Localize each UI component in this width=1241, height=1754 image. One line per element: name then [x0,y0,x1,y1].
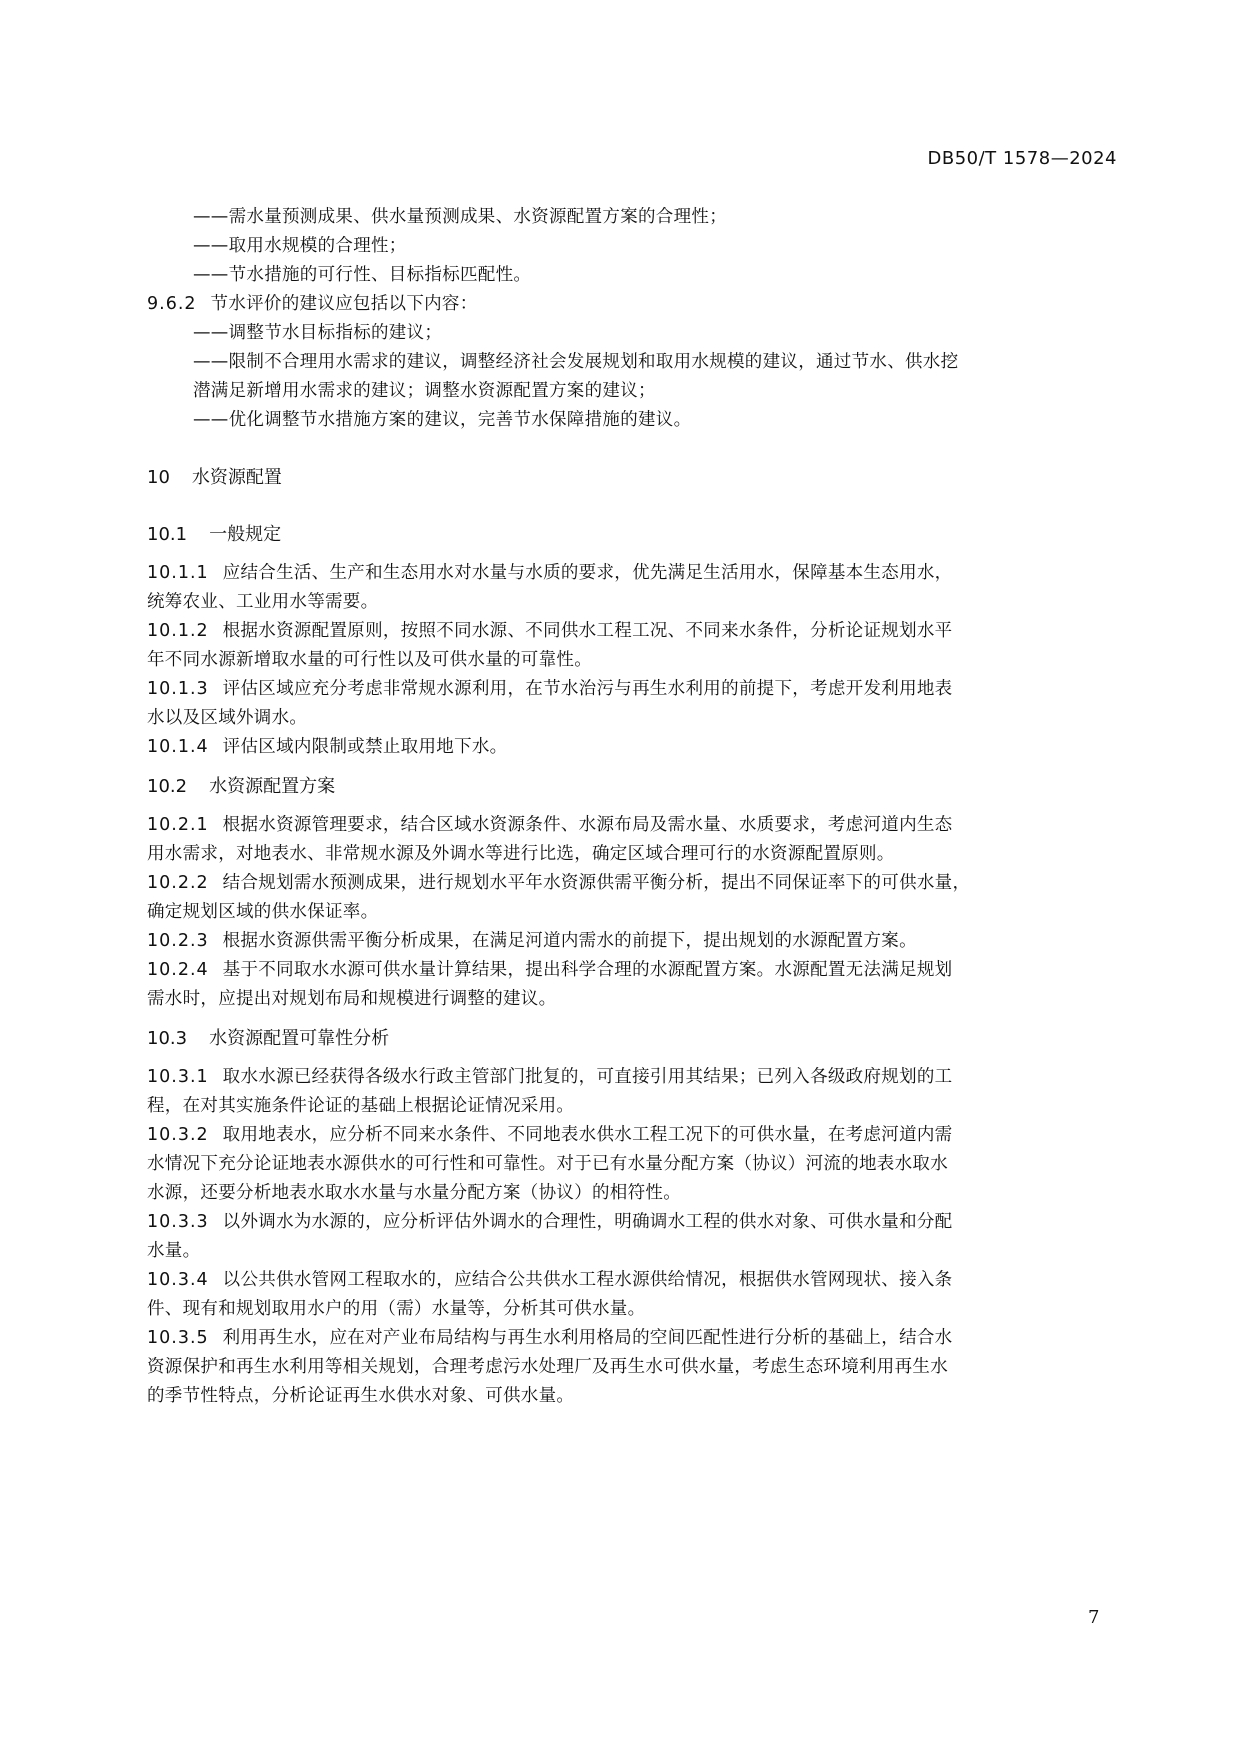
section-title: 水资源配置可靠性分析 [209,1028,389,1049]
document-id-header: DB50/T 1578—2024 [927,148,1117,169]
list-item: ——节水措施的可行性、目标指标匹配性。 [147,261,1119,290]
clause-continuation: 年不同水源新增取水量的可行性以及可供水量的可靠性。 [147,646,1119,675]
section-number: 10.3 [147,1024,187,1053]
clause-9-6-2: 9.6.2节水评价的建议应包括以下内容： [147,290,1119,319]
clause-number: 10.1.3 [147,675,209,704]
clause-text: 利用再生水，应在对产业布局结构与再生水利用格局的空间匹配性进行分析的基础上，结合… [223,1328,953,1348]
clause-continuation: 水源，还要分析地表水取水水量与水量分配方案（协议）的相符性。 [147,1179,1119,1208]
clause: 10.2.1根据水资源管理要求，结合区域水资源条件、水源布局及需水量、水质要求，… [147,811,1119,840]
clause: 10.1.4评估区域内限制或禁止取用地下水。 [147,733,1119,762]
clause-number: 10.3.3 [147,1208,209,1237]
clause-continuation: 水以及区域外调水。 [147,704,1119,733]
clause-text: 评估区域内限制或禁止取用地下水。 [223,737,508,757]
clause: 10.3.3以外调水为水源的，应分析评估外调水的合理性，明确调水工程的供水对象、… [147,1208,1119,1237]
clause-continuation: 用水需求，对地表水、非常规水源及外调水等进行比选，确定区域合理可行的水资源配置原… [147,840,1119,869]
clause-continuation: 确定规划区域的供水保证率。 [147,898,1119,927]
clause-text: 取水水源已经获得各级水行政主管部门批复的，可直接引用其结果；已列入各级政府规划的… [223,1067,953,1087]
clause-text: 以外调水为水源的，应分析评估外调水的合理性，明确调水工程的供水对象、可供水量和分… [223,1212,953,1232]
document-body: ——需水量预测成果、供水量预测成果、水资源配置方案的合理性； ——取用水规模的合… [147,203,1119,1411]
clause-continuation: 件、现有和规划取用水户的用（需）水量等，分析其可供水量。 [147,1295,1119,1324]
clause-text: 评估区域应充分考虑非常规水源利用，在节水治污与再生水利用的前提下，考虑开发利用地… [223,679,953,699]
clause: 10.3.4以公共供水管网工程取水的，应结合公共供水工程水源供给情况，根据供水管… [147,1266,1119,1295]
clause: 10.2.3根据水资源供需平衡分析成果，在满足河道内需水的前提下，提出规划的水源… [147,927,1119,956]
chapter-title: 水资源配置 [192,467,282,488]
list-item: ——需水量预测成果、供水量预测成果、水资源配置方案的合理性； [147,203,1119,232]
section-heading: 10.3水资源配置可靠性分析 [147,1024,1119,1053]
clause: 10.3.5利用再生水，应在对产业布局结构与再生水利用格局的空间匹配性进行分析的… [147,1324,1119,1353]
clause-text: 基于不同取水水源可供水量计算结果，提出科学合理的水源配置方案。水源配置无法满足规… [223,960,953,980]
clause-continuation: 需水时，应提出对规划布局和规模进行调整的建议。 [147,985,1119,1014]
clause-continuation: 水量。 [147,1237,1119,1266]
clause-number: 10.3.4 [147,1266,209,1295]
clause-text: 应结合生活、生产和生态用水对水量与水质的要求，优先满足生活用水，保障基本生态用水… [223,563,953,583]
clause-number: 10.2.1 [147,811,209,840]
clause-number: 10.2.2 [147,869,209,898]
chapter-heading: 10水资源配置 [147,463,1119,492]
list-item: ——限制不合理用水需求的建议，调整经济社会发展规划和取用水规模的建议，通过节水、… [147,348,1119,377]
list-item: ——调整节水目标指标的建议； [147,319,1119,348]
list-item: ——优化调整节水措施方案的建议，完善节水保障措施的建议。 [147,406,1119,435]
clause-number: 10.2.3 [147,927,209,956]
section-heading: 10.2水资源配置方案 [147,772,1119,801]
clause-number: 10.3.2 [147,1121,209,1150]
clause: 10.3.1取水水源已经获得各级水行政主管部门批复的，可直接引用其结果；已列入各… [147,1063,1119,1092]
clause: 10.2.2结合规划需水预测成果，进行规划水平年水资源供需平衡分析，提出不同保证… [147,869,1119,898]
clause-text: 根据水资源供需平衡分析成果，在满足河道内需水的前提下，提出规划的水源配置方案。 [223,931,917,951]
section-number: 10.1 [147,520,187,549]
clause-continuation: 资源保护和再生水利用等相关规划，合理考虑污水处理厂及再生水可供水量，考虑生态环境… [147,1353,1119,1382]
clause-number: 10.1.2 [147,617,209,646]
section-number: 10.2 [147,772,187,801]
clause: 10.1.3评估区域应充分考虑非常规水源利用，在节水治污与再生水利用的前提下，考… [147,675,1119,704]
clause-number: 10.3.1 [147,1063,209,1092]
clause-continuation: 水情况下充分论证地表水源供水的可行性和可靠性。对于已有水量分配方案（协议）河流的… [147,1150,1119,1179]
section-title: 水资源配置方案 [209,776,335,797]
clause-number: 10.1.4 [147,733,209,762]
clause-text: 以公共供水管网工程取水的，应结合公共供水工程水源供给情况，根据供水管网现状、接入… [223,1270,953,1290]
clause-continuation: 程，在对其实施条件论证的基础上根据论证情况采用。 [147,1092,1119,1121]
list-item-continuation: 潜满足新增用水需求的建议；调整水资源配置方案的建议； [147,377,1119,406]
clause-text: 节水评价的建议应包括以下内容： [211,294,478,314]
clause-text: 取用地表水，应分析不同来水条件、不同地表水供水工程工况下的可供水量，在考虑河道内… [223,1125,953,1145]
clause: 10.1.2根据水资源配置原则，按照不同水源、不同供水工程工况、不同来水条件，分… [147,617,1119,646]
clause-continuation: 的季节性特点，分析论证再生水供水对象、可供水量。 [147,1382,1119,1411]
clause-number: 9.6.2 [147,290,197,319]
section-heading: 10.1一般规定 [147,520,1119,549]
clause-text: 结合规划需水预测成果，进行规划水平年水资源供需平衡分析，提出不同保证率下的可供水… [223,873,971,893]
section-title: 一般规定 [209,524,281,545]
clause: 10.3.2取用地表水，应分析不同来水条件、不同地表水供水工程工况下的可供水量，… [147,1121,1119,1150]
chapter-number: 10 [147,463,170,492]
clause-number: 10.2.4 [147,956,209,985]
clause: 10.1.1应结合生活、生产和生态用水对水量与水质的要求，优先满足生活用水，保障… [147,559,1119,588]
clause-continuation: 统筹农业、工业用水等需要。 [147,588,1119,617]
clause-number: 10.3.5 [147,1324,209,1353]
clause-text: 根据水资源配置原则，按照不同水源、不同供水工程工况、不同来水条件，分析论证规划水… [223,621,953,641]
list-item: ——取用水规模的合理性； [147,232,1119,261]
clause-text: 根据水资源管理要求，结合区域水资源条件、水源布局及需水量、水质要求，考虑河道内生… [223,815,953,835]
clause-number: 10.1.1 [147,559,209,588]
page-number: 7 [1088,1607,1099,1628]
clause: 10.2.4基于不同取水水源可供水量计算结果，提出科学合理的水源配置方案。水源配… [147,956,1119,985]
